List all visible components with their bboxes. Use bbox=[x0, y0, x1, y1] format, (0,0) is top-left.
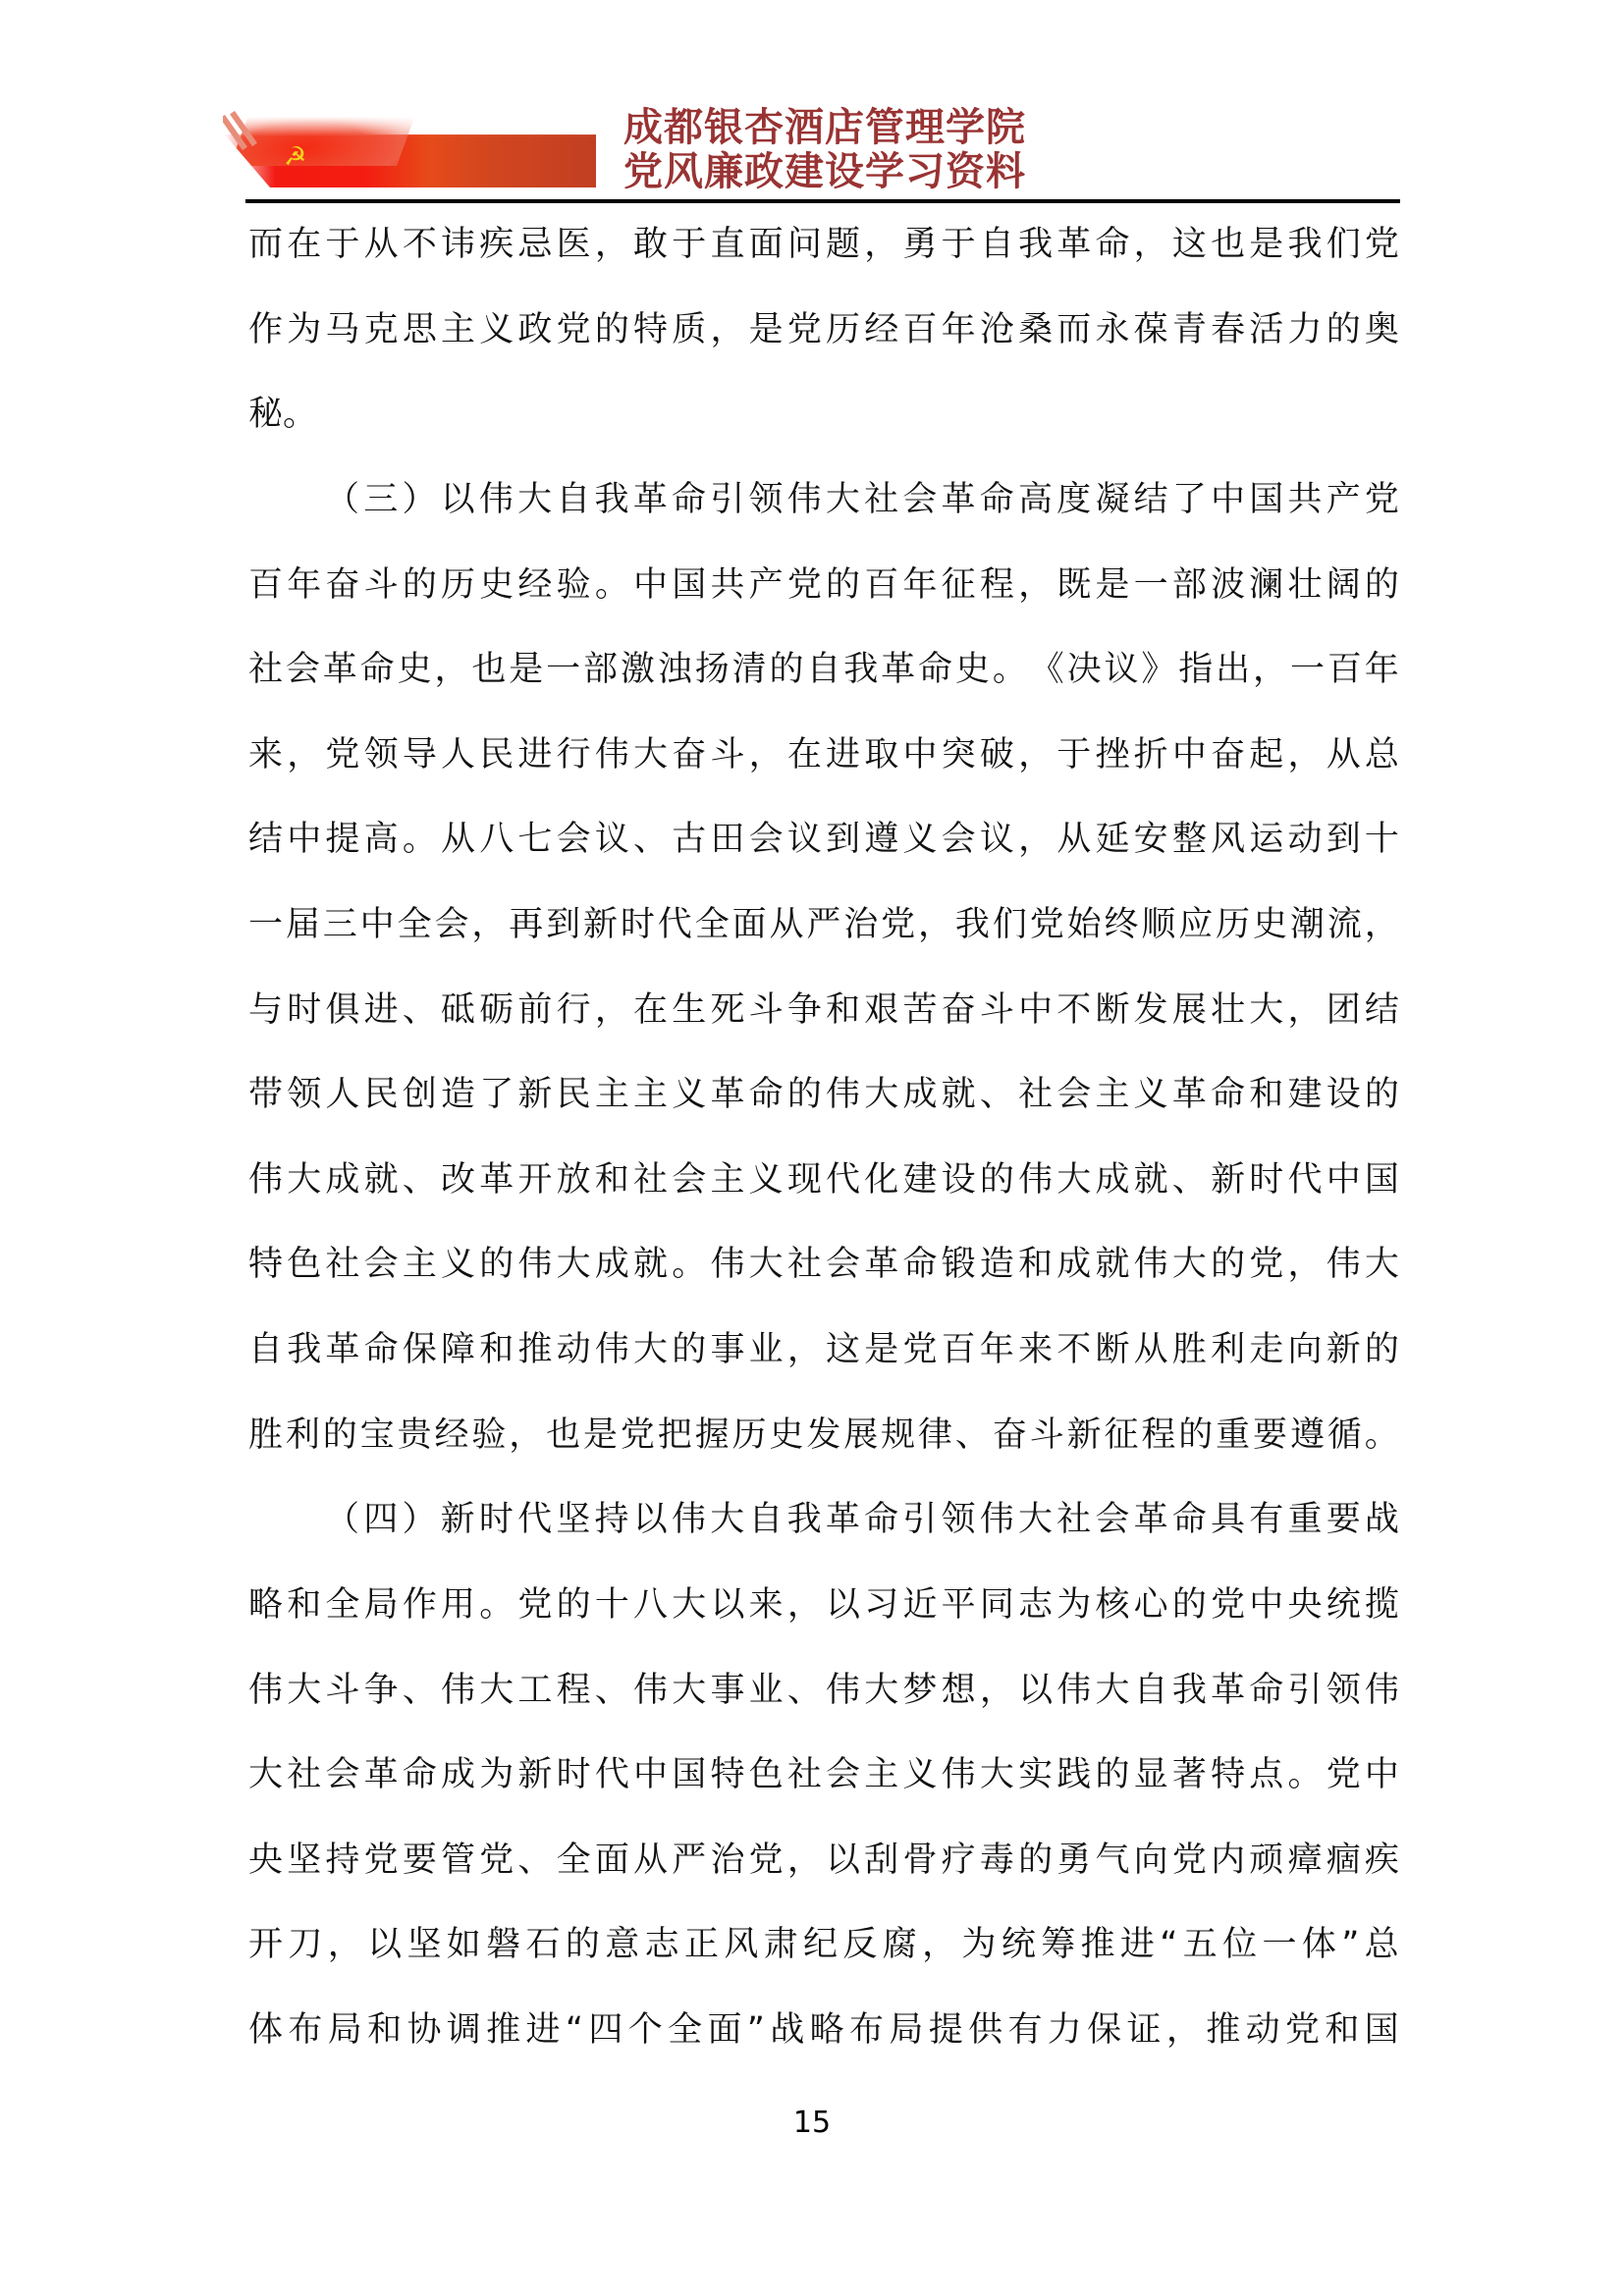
paragraph-heading-line: （三）以伟大自我革命引领伟大社会革命高度凝结了中国共产党 bbox=[325, 480, 1399, 519]
text-line: 社会革命史，也是一部激浊扬清的自我革命史。《决议》指出，一百年 bbox=[248, 650, 1399, 689]
page-number: 15 bbox=[0, 2107, 1624, 2140]
header-institution: 成都银杏酒店管理学院 bbox=[623, 106, 1026, 149]
hammer-sickle-icon: ☭ bbox=[284, 144, 306, 170]
text-line: 开刀，以坚如磐石的意志正风肃纪反腐，为统筹推进“五位一体”总 bbox=[248, 1925, 1399, 1964]
flag-edge bbox=[223, 133, 270, 187]
text-line: 一届三中全会，再到新时代全面从严治党，我们党始终顺应历史潮流， bbox=[248, 905, 1399, 944]
text-line: 百年奋斗的历史经验。中国共产党的百年征程，既是一部波澜壮阔的 bbox=[248, 565, 1399, 605]
text-line: 伟大成就、改革开放和社会主义现代化建设的伟大成就、新时代中国 bbox=[248, 1160, 1399, 1200]
document-page: ☭ 成都银杏酒店管理学院 党风廉政建设学习资料 而在于从不讳疾忌医，敢于直面问题… bbox=[0, 0, 1624, 2296]
text-line: 胜利的宝贵经验，也是党把握历史发展规律、奋斗新征程的重要遵循。 bbox=[248, 1415, 1399, 1455]
flag-fade bbox=[223, 103, 596, 136]
text-line: 作为马克思主义政党的特质，是党历经百年沧桑而永葆青春活力的奥 bbox=[248, 310, 1399, 349]
text-line: 秘。 bbox=[248, 395, 1399, 434]
party-flag-logo: ☭ bbox=[223, 103, 596, 187]
text-line: 来，党领导人民进行伟大奋斗，在进取中突破，于挫折中奋起，从总 bbox=[248, 735, 1399, 774]
header-divider bbox=[245, 199, 1400, 203]
header-subtitle: 党风廉政建设学习资料 bbox=[623, 150, 1026, 193]
text-line: 略和全局作用。党的十八大以来，以习近平同志为核心的党中央统揽 bbox=[248, 1585, 1399, 1625]
text-line: 而在于从不讳疾忌医，敢于直面问题，勇于自我革命，这也是我们党 bbox=[248, 225, 1399, 264]
text-line: 央坚持党要管党、全面从严治党，以刮骨疗毒的勇气向党内顽瘴痼疾 bbox=[248, 1841, 1399, 1880]
paragraph-heading-line: （四）新时代坚持以伟大自我革命引领伟大社会革命具有重要战 bbox=[325, 1500, 1399, 1539]
text-line: 大社会革命成为新时代中国特色社会主义伟大实践的显著特点。党中 bbox=[248, 1755, 1399, 1794]
text-line: 特色社会主义的伟大成就。伟大社会革命锻造和成就伟大的党，伟大 bbox=[248, 1245, 1399, 1284]
text-line: 结中提高。从八七会议、古田会议到遵义会议，从延安整风运动到十 bbox=[248, 820, 1399, 859]
text-line: 自我革命保障和推动伟大的事业，这是党百年来不断从胜利走向新的 bbox=[248, 1330, 1399, 1369]
text-line: 体布局和协调推进“四个全面”战略布局提供有力保证，推动党和国 bbox=[248, 2010, 1399, 2050]
text-line: 伟大斗争、伟大工程、伟大事业、伟大梦想，以伟大自我革命引领伟 bbox=[248, 1671, 1399, 1710]
text-line: 与时俱进、砥砺前行，在生死斗争和艰苦奋斗中不断发展壮大，团结 bbox=[248, 990, 1399, 1030]
text-line: 带领人民创造了新民主主义革命的伟大成就、社会主义革命和建设的 bbox=[248, 1075, 1399, 1114]
